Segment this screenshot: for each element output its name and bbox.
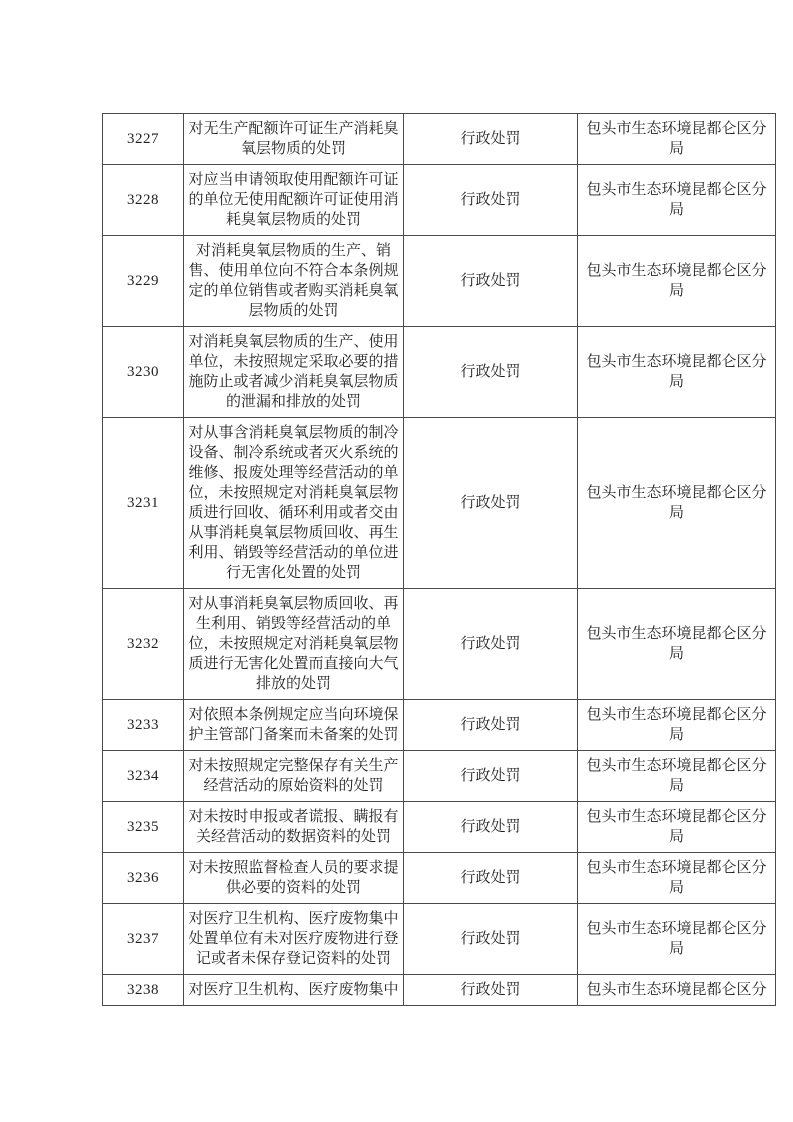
- penalty-type-cell: 行政处罚: [404, 802, 578, 853]
- penalty-matter-cell: 对未按时申报或者谎报、瞒报有关经营活动的数据资料的处罚: [184, 802, 404, 853]
- row-id-cell: 3230: [103, 327, 184, 418]
- penalty-type-cell: 行政处罚: [404, 975, 578, 1006]
- row-id-cell: 3236: [103, 853, 184, 904]
- penalty-type-cell: 行政处罚: [404, 327, 578, 418]
- agency-cell: 包头市生态环境昆都仑区分: [578, 975, 776, 1006]
- penalty-type-cell: 行政处罚: [404, 700, 578, 751]
- penalty-items-table: 3227 对无生产配额许可证生产消耗臭氧层物质的处罚 行政处罚 包头市生态环境昆…: [102, 113, 776, 1006]
- table-row: 3234 对未按照规定完整保存有关生产经营活动的原始资料的处罚 行政处罚 包头市…: [103, 751, 776, 802]
- table-row: 3233 对依照本条例规定应当向环境保护主管部门备案而未备案的处罚 行政处罚 包…: [103, 700, 776, 751]
- penalty-type-cell: 行政处罚: [404, 751, 578, 802]
- row-id-cell: 3237: [103, 904, 184, 975]
- agency-cell: 包头市生态环境昆都仑区分局: [578, 751, 776, 802]
- penalty-matter-cell: 对医疗卫生机构、医疗废物集中处置单位有未对医疗废物进行登记或者未保存登记资料的处…: [184, 904, 404, 975]
- agency-cell: 包头市生态环境昆都仑区分局: [578, 165, 776, 236]
- agency-cell: 包头市生态环境昆都仑区分局: [578, 853, 776, 904]
- agency-cell: 包头市生态环境昆都仑区分局: [578, 802, 776, 853]
- penalty-matter-cell: 对应当申请领取使用配额许可证的单位无使用配额许可证使用消耗臭氧层物质的处罚: [184, 165, 404, 236]
- penalty-table-body: 3227 对无生产配额许可证生产消耗臭氧层物质的处罚 行政处罚 包头市生态环境昆…: [103, 114, 776, 1006]
- penalty-matter-cell: 对未按照规定完整保存有关生产经营活动的原始资料的处罚: [184, 751, 404, 802]
- penalty-type-cell: 行政处罚: [404, 236, 578, 327]
- penalty-type-cell: 行政处罚: [404, 589, 578, 700]
- table-row: 3228 对应当申请领取使用配额许可证的单位无使用配额许可证使用消耗臭氧层物质的…: [103, 165, 776, 236]
- agency-cell: 包头市生态环境昆都仑区分局: [578, 589, 776, 700]
- table-row: 3232 对从事消耗臭氧层物质回收、再生利用、销毁等经营活动的单位，未按照规定对…: [103, 589, 776, 700]
- row-id-cell: 3229: [103, 236, 184, 327]
- penalty-type-cell: 行政处罚: [404, 853, 578, 904]
- agency-cell: 包头市生态环境昆都仑区分局: [578, 418, 776, 589]
- penalty-type-cell: 行政处罚: [404, 114, 578, 165]
- row-id-cell: 3228: [103, 165, 184, 236]
- penalty-matter-cell: 对医疗卫生机构、医疗废物集中: [184, 975, 404, 1006]
- row-id-cell: 3234: [103, 751, 184, 802]
- penalty-matter-cell: 对无生产配额许可证生产消耗臭氧层物质的处罚: [184, 114, 404, 165]
- agency-cell: 包头市生态环境昆都仑区分局: [578, 904, 776, 975]
- row-id-cell: 3227: [103, 114, 184, 165]
- penalty-type-cell: 行政处罚: [404, 165, 578, 236]
- agency-cell: 包头市生态环境昆都仑区分局: [578, 700, 776, 751]
- document-page: 3227 对无生产配额许可证生产消耗臭氧层物质的处罚 行政处罚 包头市生态环境昆…: [0, 0, 793, 1122]
- row-id-cell: 3232: [103, 589, 184, 700]
- row-id-cell: 3238: [103, 975, 184, 1006]
- penalty-matter-cell: 对从事消耗臭氧层物质回收、再生利用、销毁等经营活动的单位，未按照规定对消耗臭氧层…: [184, 589, 404, 700]
- penalty-matter-cell: 对消耗臭氧层物质的生产、销售、使用单位向不符合本条例规定的单位销售或者购买消耗臭…: [184, 236, 404, 327]
- penalty-matter-cell: 对依照本条例规定应当向环境保护主管部门备案而未备案的处罚: [184, 700, 404, 751]
- row-id-cell: 3233: [103, 700, 184, 751]
- table-row: 3230 对消耗臭氧层物质的生产、使用单位，未按照规定采取必要的措施防止或者减少…: [103, 327, 776, 418]
- agency-cell: 包头市生态环境昆都仑区分局: [578, 114, 776, 165]
- row-id-cell: 3231: [103, 418, 184, 589]
- penalty-type-cell: 行政处罚: [404, 904, 578, 975]
- agency-cell: 包头市生态环境昆都仑区分局: [578, 236, 776, 327]
- agency-cell: 包头市生态环境昆都仑区分局: [578, 327, 776, 418]
- table-row: 3235 对未按时申报或者谎报、瞒报有关经营活动的数据资料的处罚 行政处罚 包头…: [103, 802, 776, 853]
- table-row: 3237 对医疗卫生机构、医疗废物集中处置单位有未对医疗废物进行登记或者未保存登…: [103, 904, 776, 975]
- table-row: 3236 对未按照监督检查人员的要求提供必要的资料的处罚 行政处罚 包头市生态环…: [103, 853, 776, 904]
- row-id-cell: 3235: [103, 802, 184, 853]
- table-row: 3229 对消耗臭氧层物质的生产、销售、使用单位向不符合本条例规定的单位销售或者…: [103, 236, 776, 327]
- penalty-type-cell: 行政处罚: [404, 418, 578, 589]
- table-row: 3231 对从事含消耗臭氧层物质的制冷设备、制冷系统或者灭火系统的维修、报废处理…: [103, 418, 776, 589]
- table-row: 3238 对医疗卫生机构、医疗废物集中 行政处罚 包头市生态环境昆都仑区分: [103, 975, 776, 1006]
- penalty-matter-cell: 对从事含消耗臭氧层物质的制冷设备、制冷系统或者灭火系统的维修、报废处理等经营活动…: [184, 418, 404, 589]
- penalty-matter-cell: 对未按照监督检查人员的要求提供必要的资料的处罚: [184, 853, 404, 904]
- table-row: 3227 对无生产配额许可证生产消耗臭氧层物质的处罚 行政处罚 包头市生态环境昆…: [103, 114, 776, 165]
- penalty-matter-cell: 对消耗臭氧层物质的生产、使用单位，未按照规定采取必要的措施防止或者减少消耗臭氧层…: [184, 327, 404, 418]
